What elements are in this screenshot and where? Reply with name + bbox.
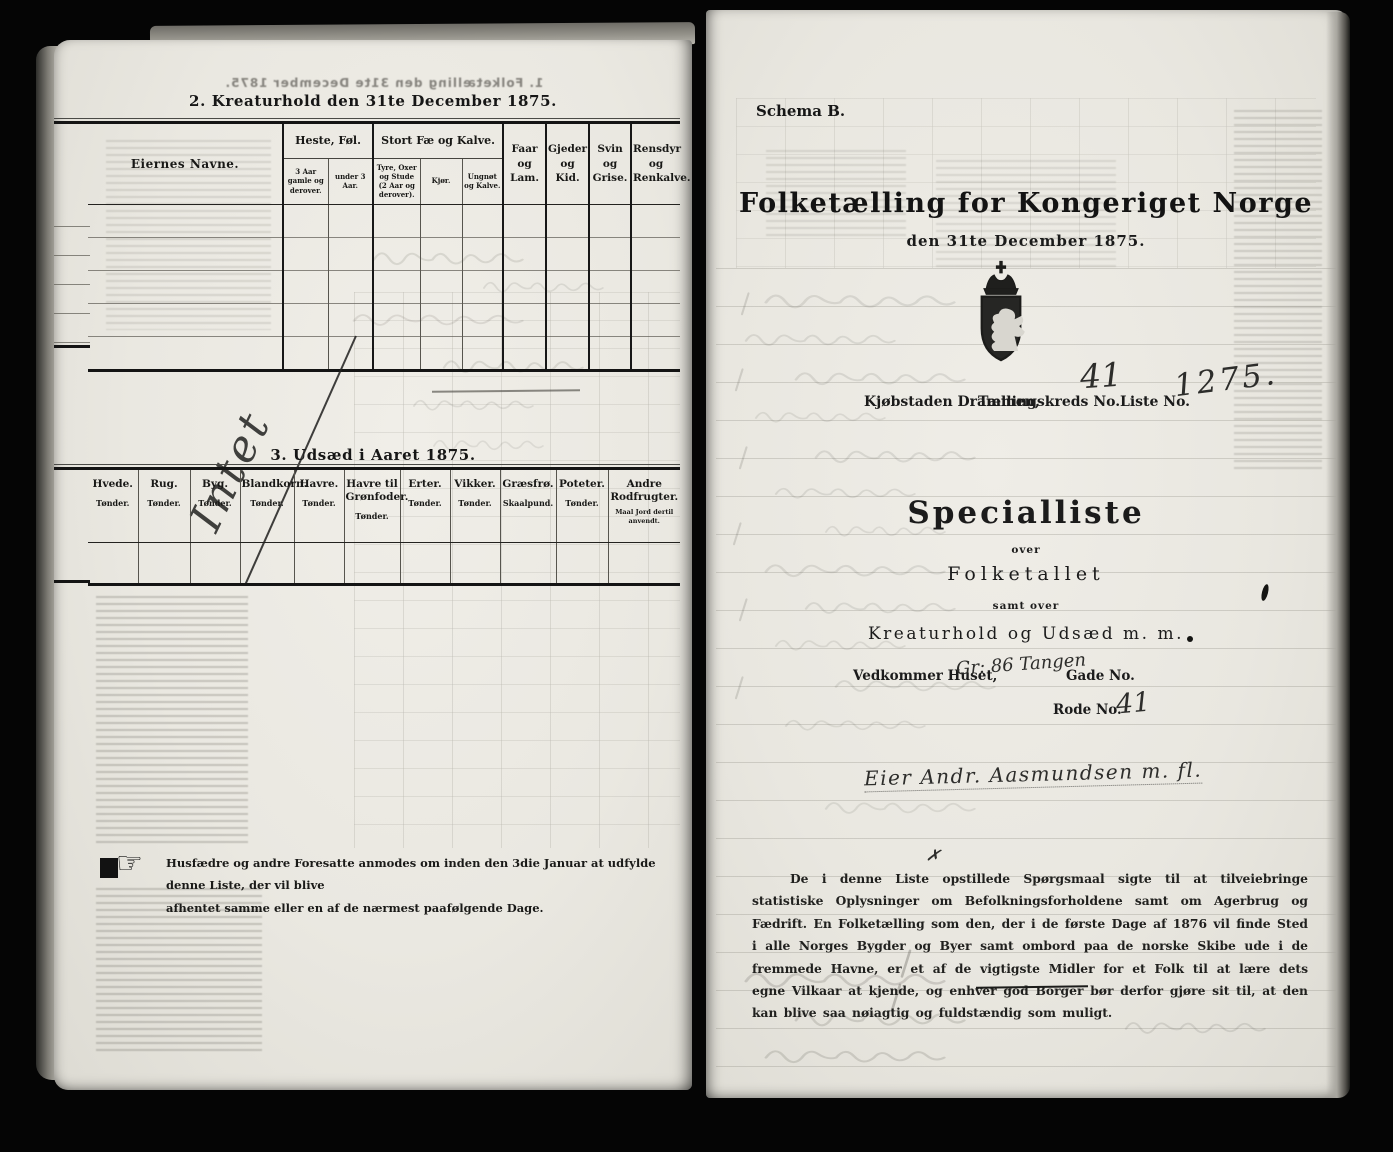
right-page: Schema B. Folketælling for Kongeriget No… xyxy=(706,10,1346,1098)
subcolumn-cows: Kjør. xyxy=(420,158,462,204)
udsaed-section-title: 3. Udsæd i Aaret 1875. xyxy=(54,446,692,464)
table-row xyxy=(88,543,680,585)
column-header-owners: Eiernes Navne. xyxy=(88,124,283,204)
instructions-paragraph: De i denne Liste opstillede Spørgsmaal s… xyxy=(752,868,1308,1025)
table-margin-rows xyxy=(54,226,90,344)
column-header-rye: Rug.Tønder. xyxy=(138,470,190,543)
subcolumn-young-cattle: Ungnøt og Kalve. xyxy=(462,158,503,204)
handwritten-x-mark: ✗ xyxy=(925,845,942,867)
table-margin-line xyxy=(54,464,90,470)
column-header-reindeer: Rensdyr og Renkalve. xyxy=(631,124,680,204)
census-subtitle: den 31te December 1875. xyxy=(706,232,1346,250)
ink-blot xyxy=(1260,584,1270,602)
owner-name-handwritten: Eier Andr. Aasmundsen m. fl. xyxy=(864,758,1203,791)
table-row xyxy=(88,204,680,237)
column-header-sheep: Faar og Lam. xyxy=(503,124,546,204)
table-row xyxy=(88,270,680,303)
table-row xyxy=(88,303,680,336)
population-count-label: Folketallet xyxy=(706,563,1346,585)
column-header-grass-seed: Græsfrø.Skaalpund. xyxy=(500,470,556,543)
footnote-line-1: Husfædre og andre Foresatte anmodes om i… xyxy=(166,856,656,892)
kreaturhold-section-title: 2. Kreaturhold den 31te December 1875. xyxy=(54,92,692,110)
column-header-pigs: Svin og Grise. xyxy=(589,124,631,204)
handwritten-dash xyxy=(432,389,580,393)
district-number-handwritten: 41 xyxy=(1079,355,1124,397)
rode-number-handwritten: 41 xyxy=(1115,687,1152,721)
table-row xyxy=(88,336,680,370)
bleedthrough-text-column xyxy=(1234,110,1322,470)
column-header-oats-fodder: Havre til Grønfoder.Tønder. xyxy=(344,470,400,543)
column-header-goats: Gjeder og Kid. xyxy=(546,124,589,204)
subcolumn-horses-under3: under 3 Aar. xyxy=(328,158,373,204)
special-over-label: over xyxy=(706,544,1346,556)
page-edge-right xyxy=(1326,12,1350,1098)
column-header-barley: Byg.Tønder. xyxy=(190,470,240,543)
manicule-pointing-hand-icon: ☞ xyxy=(116,854,143,874)
subcolumn-bulls-oxen: Tyre, Oxer og Stude (2 Aar og derover). xyxy=(373,158,420,204)
column-header-root-crops: Andre Rodfrugter.Maal Jord dertil anvend… xyxy=(608,470,680,543)
district-label: Tællingskreds No. xyxy=(978,394,1120,410)
table-margin-line xyxy=(54,118,90,124)
column-header-peas: Erter.Tønder. xyxy=(400,470,450,543)
census-title: Folketælling for Kongeriget Norge xyxy=(706,188,1346,219)
rode-label: Rode No. xyxy=(1053,702,1122,718)
ink-blot xyxy=(1187,636,1193,642)
column-group-horses: Heste, Føl. xyxy=(283,124,373,158)
column-header-oats: Havre.Tønder. xyxy=(294,470,344,543)
schema-label: Schema B. xyxy=(756,102,845,120)
table-margin-line xyxy=(54,345,90,348)
left-page: 1. Folketælling den 31te December 1875. … xyxy=(54,40,692,1090)
kreaturhold-table: Eiernes Navne. Heste, Føl. Stort Fæ og K… xyxy=(88,118,680,372)
special-samt-over-label: samt over xyxy=(706,600,1346,612)
udsaed-table: Hvede.Tønder. Rug.Tønder. Byg.Tønder. Bl… xyxy=(88,464,680,586)
column-header-vetches: Vikker.Tønder. xyxy=(450,470,500,543)
table-margin-line xyxy=(54,580,90,583)
column-group-cattle: Stort Fæ og Kalve. xyxy=(373,124,503,158)
street-number-label: Gade No. xyxy=(1066,668,1135,684)
column-header-potatoes: Poteter.Tønder. xyxy=(556,470,608,543)
column-header-wheat: Hvede.Tønder. xyxy=(88,470,138,543)
bleedthrough-header-mirrored: 1. Folketælling den 31te December 1875. xyxy=(104,76,664,90)
coat-of-arms-icon xyxy=(967,260,1035,374)
census-scan-1875: { "colors": { "paper": "#eae8e1", "ink":… xyxy=(0,0,1393,1152)
footnote-line-2: afhentet samme eller en af de nærmest pa… xyxy=(166,901,544,915)
column-header-mixed-grain: Blandkorn.Tønder. xyxy=(240,470,294,543)
special-list-title: Specialliste xyxy=(706,495,1346,531)
bleedthrough-text-column xyxy=(96,596,248,848)
livestock-and-crops-label: Kreaturhold og Udsæd m. m. xyxy=(706,624,1346,644)
table-row xyxy=(88,237,680,270)
subcolumn-horses-3yr: 3 Aar gamle og derover. xyxy=(283,158,328,204)
